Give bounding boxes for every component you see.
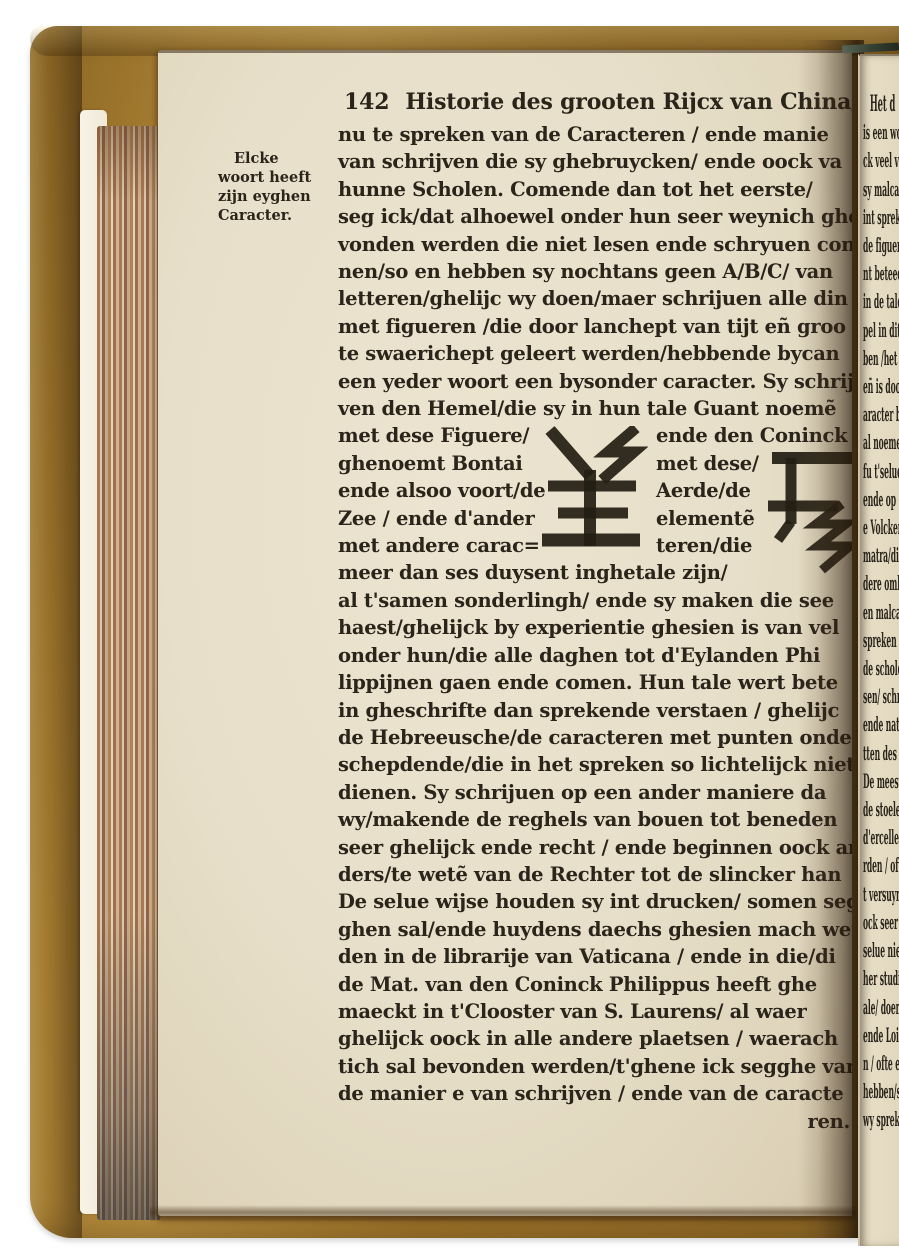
recto-text-line: tten des Rij: [863, 739, 899, 767]
text-line: De selue wijse houden sy int drucken/ so…: [338, 888, 852, 915]
bottom-edge-shadow: [150, 1205, 856, 1221]
text-line: wy/makende de reghels van bouen tot bene…: [338, 806, 852, 833]
running-header: 142Historie des grooten Rijcx van China/: [344, 89, 852, 115]
recto-lines: is een wondeck veel versesy malcandeint …: [863, 118, 899, 1133]
main-text-block: nu te spreken van de Caracteren / ende m…: [338, 121, 852, 1135]
text-line: van schrijven die sy ghebruycken/ ende o…: [338, 148, 852, 175]
recto-text-line: de figuere: [863, 231, 899, 259]
recto-text-line: wy spreke: [863, 1105, 899, 1133]
recto-text-line: sen/ schrijue: [863, 682, 899, 710]
text-line: dienen. Sy schrijuen op een ander manier…: [338, 779, 852, 806]
text-line: ghelijck oock in alle andere plaetsen / …: [338, 1025, 852, 1052]
figure-left-text: met dese Figuere/ghenoemt Bontaiende als…: [338, 422, 545, 559]
text-line: vonden werden die niet lesen ende schryu…: [338, 231, 852, 258]
page-number: 142: [344, 89, 389, 115]
recto-text-line: int spreken/: [863, 203, 899, 231]
book: 142Historie des grooten Rijcx van China/…: [0, 0, 899, 1260]
text-line: den in de librarije van Vaticana / ende …: [338, 943, 852, 970]
recto-text-line: in de tale be: [863, 287, 899, 315]
recto-text-line: de stoelen: [863, 795, 899, 823]
text-line: de manier e van schrijven / ende van de …: [338, 1080, 852, 1107]
figure-row: met dese Figuere/ghenoemt Bontaiende als…: [338, 422, 852, 559]
margin-note-line: Caracter.: [218, 206, 336, 225]
recto-text-line: n / ofte een: [863, 1049, 899, 1077]
recto-text-line: De meest: [863, 767, 899, 795]
text-line: seer ghelijck ende recht / ende beginnen…: [338, 834, 852, 861]
recto-running-header: Het d: [870, 90, 899, 118]
margin-note-line: zijn eyghen: [218, 187, 336, 206]
text-line: met figueren /die door lanchept van tijt…: [338, 313, 852, 340]
text-line: te swaerichept geleert werden/hebbende b…: [338, 340, 852, 367]
recto-text-line: is een wonde: [863, 118, 899, 146]
text-line: onder hun/die alle daghen tot d'Eylanden…: [338, 642, 852, 669]
running-title: Historie des grooten Rijcx van China/: [405, 89, 852, 115]
recto-text-line: selue niet: [863, 936, 899, 964]
text-line: de Hebreeusche/de caracteren met punten …: [338, 724, 852, 751]
text-line: maeckt in t'Clooster van S. Laurens/ al …: [338, 998, 852, 1025]
recto-text-line: al noemen: [863, 428, 899, 456]
text-line: ghenoemt Bontai: [338, 450, 545, 477]
text-line: met dese Figuere/: [338, 422, 545, 449]
recto-text-line: pel in dit tec: [863, 316, 899, 344]
recto-text-line: eñ is door t: [863, 372, 899, 400]
text-line: een yeder woort een bysonder caracter. S…: [338, 368, 852, 395]
text-line: haest/ghelijck by experientie ghesien is…: [338, 614, 852, 641]
recto-page-strip: Het d is een wondeck veel versesy malcan…: [858, 54, 899, 1246]
recto-text-line: spreken en: [863, 626, 899, 654]
recto-text-line: d'ercellent: [863, 823, 899, 851]
recto-text-line: e Volcken: [863, 513, 899, 541]
text-block-lower: meer dan ses duysent inghetale zijn/al t…: [338, 559, 852, 1107]
text-line: Zee / ende d'ander: [338, 505, 545, 532]
text-line: schepdende/die in het spreken so lichtel…: [338, 751, 852, 778]
text-line: ende alsoo voort/de: [338, 477, 545, 504]
gutter-shadow: [798, 40, 864, 1238]
recto-text-line: dere omlig: [863, 569, 899, 597]
text-line: al t'samen sonderlingh/ ende sy maken di…: [338, 587, 852, 614]
recto-text-line: ende op de: [863, 485, 899, 513]
text-block-fore-edge: [97, 126, 161, 1220]
recto-text-line: aracter bek: [863, 400, 899, 428]
text-line: de Mat. van den Coninck Philippus heeft …: [338, 971, 852, 998]
text-line: letteren/ghelijc wy doen/maer schrijuen …: [338, 285, 852, 312]
recto-text-line: rden / oft i: [863, 851, 899, 879]
closing-word: ren.: [338, 1108, 850, 1135]
recto-text-line: ben /het wel: [863, 344, 899, 372]
recto-text-line: ende natuerl: [863, 710, 899, 738]
chinese-character-woodcut-1: [536, 426, 648, 556]
recto-text-line: ock seer an: [863, 908, 899, 936]
text-line: ghen sal/ende huydens daechs ghesien mac…: [338, 916, 852, 943]
text-line: nu te spreken van de Caracteren / ende m…: [338, 121, 852, 148]
recto-text-line: nt beteecken: [863, 259, 899, 287]
photo-of-antique-book: { "colors":{ "background":"#ffffff", "le…: [0, 0, 899, 1260]
text-line: tich sal bevonden werden/t'ghene ick seg…: [338, 1053, 852, 1080]
recto-text-line: de scholen: [863, 654, 899, 682]
margin-note: Elckewoort heeftzijn eyghenCaracter.: [218, 149, 336, 225]
text-line: nen/so en hebben sy nochtans geen A/B/C/…: [338, 258, 852, 285]
recto-text: Het d is een wondeck veel versesy malcan…: [863, 56, 899, 1134]
recto-text-line: sy malcande: [863, 175, 899, 203]
text-line: hunne Scholen. Comende dan tot het eerst…: [338, 176, 852, 203]
text-line: seg ick/dat alhoewel onder hun seer weyn…: [338, 203, 852, 230]
recto-text-line: en malcand: [863, 598, 899, 626]
text-line: in gheschrifte dan sprekende verstaen / …: [338, 697, 852, 724]
recto-text-line: her studi: [863, 964, 899, 992]
text-line: ven den Hemel/die sy in hun tale Guant n…: [338, 395, 852, 422]
verso-page: 142Historie des grooten Rijcx van China/…: [158, 50, 852, 1216]
margin-note-line: woort heeft: [218, 168, 336, 187]
recto-text-line: fu t'selue gh: [863, 457, 899, 485]
margin-note-line: Elcke: [218, 149, 336, 168]
text-line: ders/te wetẽ van de Rechter tot de slinc…: [338, 861, 852, 888]
recto-text-line: ck veel verse: [863, 146, 899, 174]
text-line: lippijnen gaen ende comen. Hun tale wert…: [338, 669, 852, 696]
text-block-upper: nu te spreken van de Caracteren / ende m…: [338, 121, 852, 422]
recto-text-line: hebben/so: [863, 1077, 899, 1105]
recto-text-line: matra/die b: [863, 541, 899, 569]
text-line: met andere carac=: [338, 532, 545, 559]
recto-text-line: ende Loit: [863, 1021, 899, 1049]
recto-text-line: ale/ doen: [863, 993, 899, 1021]
recto-text-line: t versuym: [863, 880, 899, 908]
